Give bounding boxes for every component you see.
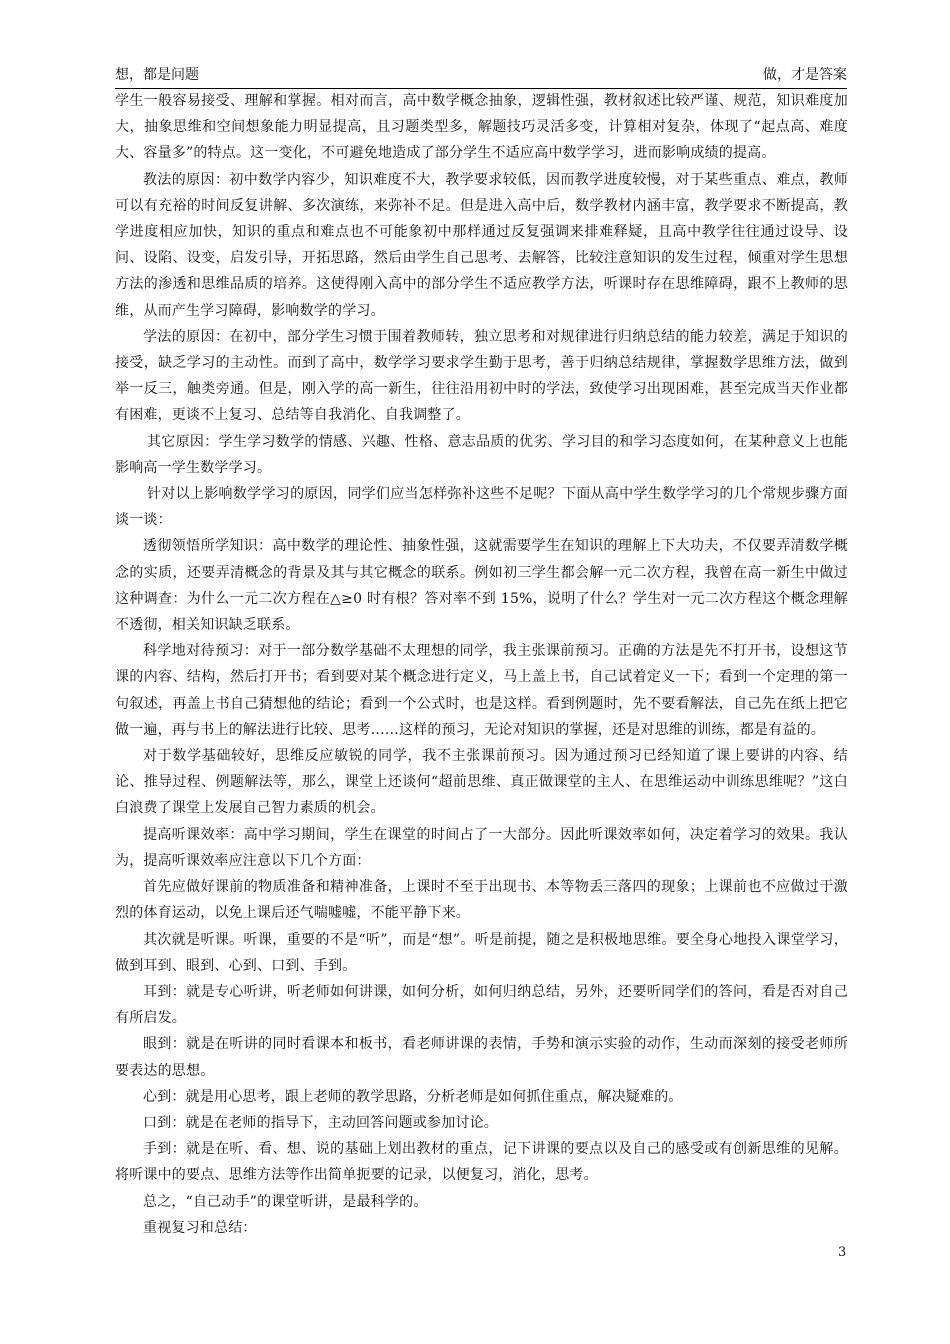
paragraph-ears: 耳到：就是专心听讲，听老师如何讲课，如何分析，如何归纳总结，另外，还要听同学们的… [115,979,848,1031]
document-page: 想，都是问题 做，才是答案 学生一般容易接受、理解和掌握。相对而言，高中数学概念… [0,0,950,1344]
paragraph-review-heading: 重视复习和总结： [115,1215,848,1241]
paragraph-teaching-method: 教法的原因：初中数学内容少，知识难度不大，教学要求较低，因而教学进度较慢，对于某… [115,167,848,324]
paragraph-learning-method: 学法的原因：在初中，部分学生习惯于围着教师转，独立思考和对规律进行归纳总结的能力… [115,324,848,429]
paragraph-listening-efficiency: 提高听课效率：高中学习期间，学生在课堂的时间占了一大部分。因此听课效率如何，决定… [115,822,848,874]
paragraph-no-preview: 对于数学基础较好，思维反应敏锐的同学，我不主张课前预习。因为通过预习已经知道了课… [115,743,848,822]
paragraph-transition: 针对以上影响数学学习的原因，同学们应当怎样弥补这些不足呢？下面从高中学生数学学习… [115,481,848,533]
paragraph-other-reasons: 其它原因：学生学习数学的情感、兴趣、性格、意志品质的优劣、学习目的和学习态度如何… [115,429,848,481]
header-left-motto: 想，都是问题 [115,64,199,84]
paragraph-understand-knowledge: 透彻领悟所学知识：高中数学的理论性、抽象性强，这就需要学生在知识的理解上下大功夫… [115,533,848,638]
paragraph-heart: 心到：就是用心思考，跟上老师的教学思路，分析老师是如何抓住重点，解决疑难的。 [115,1084,848,1110]
paragraph-eyes: 眼到：就是在听讲的同时看课本和板书，看老师讲课的表情，手势和演示实验的动作，生动… [115,1031,848,1083]
paragraph-hands: 手到：就是在听、看、想、说的基础上划出教材的重点，记下讲课的要点以及自己的感受或… [115,1136,848,1188]
paragraph-summary: 总之，“自己动手”的课堂听讲，是最科学的。 [115,1189,848,1215]
paragraph-intro-continuation: 学生一般容易接受、理解和掌握。相对而言，高中数学概念抽象，逻辑性强，教材叙述比较… [115,88,848,167]
page-number: 3 [838,1245,846,1260]
paragraph-mouth: 口到：就是在老师的指导下，主动回答问题或参加讨论。 [115,1110,848,1136]
paragraph-preview: 科学地对待预习：对于一部分数学基础不太理想的同学，我主张课前预习。正确的方法是先… [115,638,848,743]
page-header: 想，都是问题 做，才是答案 [115,62,847,89]
header-right-motto: 做，才是答案 [763,64,847,84]
document-body: 学生一般容易接受、理解和掌握。相对而言，高中数学概念抽象，逻辑性强，教材叙述比较… [115,88,848,1241]
paragraph-preparation: 首先应做好课前的物质准备和精神准备，上课时不至于出现书、本等物丢三落四的现象；上… [115,874,848,926]
paragraph-listening: 其次就是听课。听课，重要的不是“听”，而是“想”。听是前提，随之是积极地思维。要… [115,927,848,979]
